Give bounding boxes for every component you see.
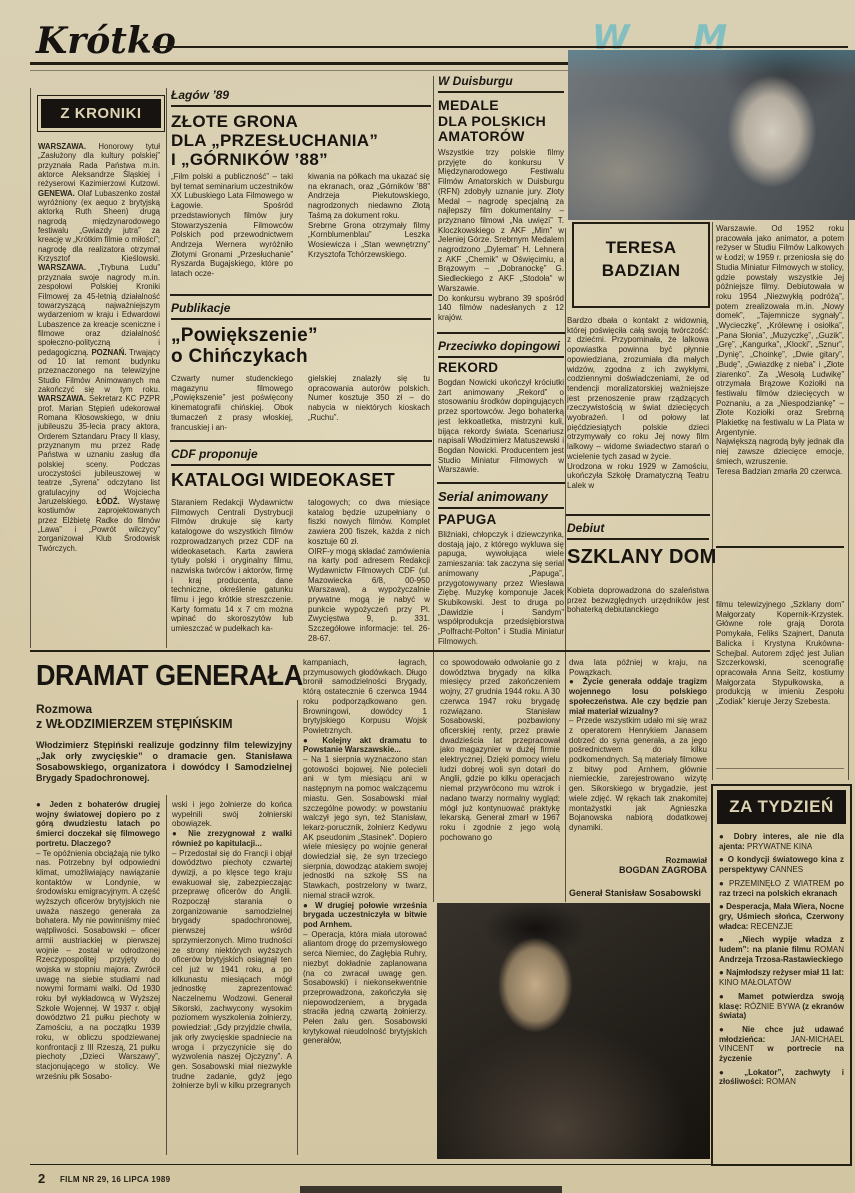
kronika-header: Z KRONIKI: [41, 99, 161, 128]
page-title: Krótko: [36, 20, 176, 62]
divider-dramat-top: [30, 650, 710, 652]
dramat-col2: wski i jego żołnierze do końca wypełnili…: [172, 800, 292, 1156]
za-tydzien-item: ● PRZEMINĘŁO Z WIATREM po raz trzeci na …: [719, 879, 844, 898]
divider-publikacje: [170, 294, 432, 296]
page-bottom-bleed: [300, 1186, 562, 1193]
debiut-col1: Kobieta doprowadzona do szaleństwa przez…: [567, 586, 709, 642]
za-tydzien-header: ZA TYDZIEŃ: [717, 790, 846, 824]
za-tydzien-item: ● „Lokator”, zachwyty i złośliwości: ROM…: [719, 1068, 844, 1087]
lagow-headline: ZŁOTE GRONA DLA „PRZESŁUCHANIA” I „GÓRNI…: [171, 112, 433, 169]
footer-rule: [30, 1164, 848, 1165]
dramat-col3: kampaniach, łagrach, przymusowych głodów…: [303, 658, 427, 1156]
za-tydzien-item: ● Dobry interes, ale nie dla ajenta: PRY…: [719, 832, 844, 851]
newspaper-page: { "page": { "title": "Krótko", "footer_p…: [0, 0, 855, 1193]
interviewer-label: Rozmawiał: [569, 856, 707, 865]
debiut-col2: filmu telewizyjnego „Szklany dom” Małgor…: [716, 600, 844, 762]
za-tydzien-item: ● Najmłodszy reżyser miał 11 lat: KINO M…: [719, 968, 844, 987]
interviewer-name: BOGDAN ZAGROBA: [569, 865, 707, 875]
papuga-headline: PAPUGA: [438, 512, 564, 527]
section-label-papuga: Serial animowany: [438, 489, 564, 509]
rule-badzian-mid: [712, 222, 713, 780]
lagow-col2: kiwania na półkach ma ukazać się na ekra…: [308, 172, 430, 290]
masthead-rule-short: [152, 46, 848, 48]
divider-debiut: [566, 514, 710, 516]
divider-cdf: [170, 440, 432, 442]
rule-duisburg-right: [565, 228, 566, 902]
badzian-name: TERESA BADZIAN: [574, 237, 708, 283]
za-tydzien-item: ● „Niech wypije władza z ludem”: na plan…: [719, 935, 844, 964]
za-tydzien-list: ● Dobry interes, ale nie dla ajenta: PRY…: [713, 828, 850, 1091]
divider-badzian-end: [716, 546, 844, 548]
za-tydzien-item: ● Mamet potwierdza swoją klasę: RÓŻNIE B…: [719, 992, 844, 1021]
badzian-name-box: TERESA BADZIAN: [572, 222, 710, 308]
section-label-lagow: Łagów ’89: [171, 88, 431, 107]
publikacje-col2: gielskiej znalazły się tu opracowania au…: [308, 374, 430, 434]
divider-rekord: [437, 332, 565, 334]
badzian-col2: Warszawie. Od 1952 roku pracowała jako a…: [716, 224, 844, 538]
publikacje-col1: Czwarty numer studenckiego magazynu film…: [171, 374, 293, 434]
lagow-col1: „Film polski a publiczność” – taki był t…: [171, 172, 293, 290]
section-label-duisburg: W Duisburgu: [438, 74, 564, 93]
divider-papuga: [437, 482, 565, 484]
duisburg-headline: MEDALE DLA POLSKICH AMATORÓW: [438, 98, 564, 145]
dramat-col5: dwa lata później w kraju, na Powązkach. …: [569, 658, 707, 856]
section-label-debiut: Debiut: [567, 521, 709, 540]
rule-dramat-1: [166, 795, 167, 1155]
dramat-headline: DRAMAT GENERAŁA: [36, 660, 287, 692]
rule-mid-right: [433, 76, 434, 902]
rule-kronika-right: [166, 88, 167, 648]
footer-page-number: 2: [38, 1171, 45, 1186]
kronika-text: WARSZAWA. Honorowy tytuł „Zasłużony dla …: [38, 142, 160, 646]
publikacje-headline: „Powiększenie” o Chińczykach: [171, 325, 401, 368]
section-label-cdf: CDF proponuje: [171, 447, 431, 466]
rule-kronika-left: [30, 88, 31, 648]
dramat-subhead-1: Rozmowa: [36, 702, 92, 716]
dramat-intro: Włodzimierz Stępiński realizuje godzinny…: [36, 740, 292, 794]
dramat-col1: ● Jeden z bohaterów drugiej wojny świato…: [36, 800, 160, 1156]
debiut-headline: SZKLANY DOM: [567, 546, 709, 568]
footer-journal-line: FILM NR 29, 16 LIPCA 1989: [60, 1175, 170, 1184]
cdf-headline: KATALOGI WIDEOKASET: [171, 470, 433, 490]
za-tydzien-item: ● O kondycji światowego kina z perspekty…: [719, 855, 844, 874]
za-tydzien-box: ZA TYDZIEŃ ● Dobry interes, ale nie dla …: [711, 784, 852, 1166]
dramat-col4: co spowodowało odwołanie go z dowództwa …: [440, 658, 560, 898]
divider-debiut-end: [716, 768, 844, 769]
za-tydzien-item: ● Nie chce już udawać młodzieńca: JAN-MI…: [719, 1025, 844, 1064]
duisburg-body: Wszystkie trzy polskie filmy przyjęte do…: [438, 148, 564, 328]
general-sosabowski-photo: [437, 903, 710, 1159]
dramat-subhead-2: z WŁODZIMIERZEM STĘPIŃSKIM: [36, 717, 233, 731]
cdf-col1: Staraniem Redakcji Wydawnictw Filmowych …: [171, 498, 293, 646]
kronika-header-frame: Z KRONIKI: [37, 95, 165, 132]
badzian-col1: Bardzo dbała o kontakt z widownią, które…: [567, 316, 709, 510]
rekord-body: Bogdan Nowicki ukończył króciutki żart a…: [438, 378, 564, 478]
rule-dramat-2: [297, 700, 298, 1155]
cdf-col2: talogowych; co dwa miesiące katalog będz…: [308, 498, 430, 646]
teresa-badzian-photo: [568, 50, 855, 220]
section-label-publikacje: Publikacje: [171, 301, 431, 320]
interview-byline: Rozmawiał BOGDAN ZAGROBA: [569, 856, 707, 875]
general-photo-caption: Generał Stanisław Sosabowski: [569, 888, 711, 898]
papuga-body: Bliźniaki, chłopczyk i dziewczynka, dost…: [438, 530, 564, 646]
section-label-rekord: Przeciwko dopingowi: [438, 339, 564, 358]
rekord-headline: REKORD: [438, 360, 564, 375]
za-tydzien-item: ● Desperacja, Mała Wiera, Nocne gry, Uśm…: [719, 902, 844, 931]
